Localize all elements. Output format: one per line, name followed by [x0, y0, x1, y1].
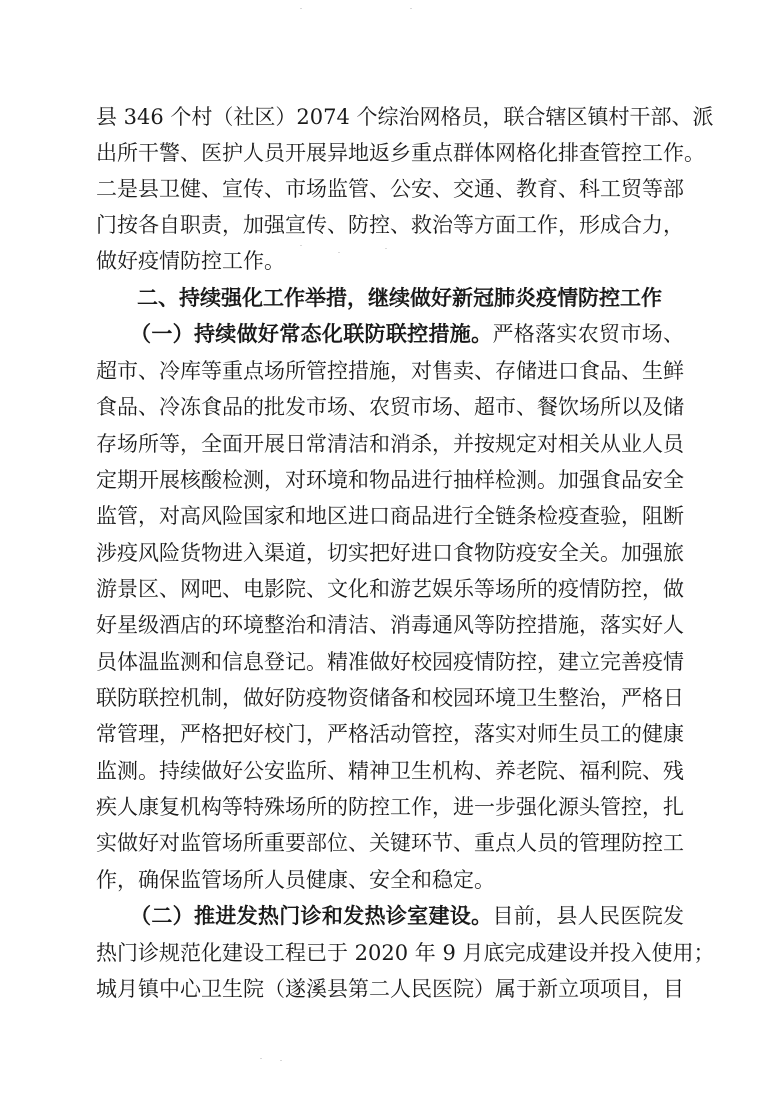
- body-line: 定期开展核酸检测，对环境和物品进行抽样检测。加强食品安全: [96, 465, 684, 495]
- body-line: 县 346 个村（社区）2074 个综治网格员，联合辖区镇村干部、派: [96, 102, 684, 132]
- subsection-first-line: （二）推进发热门诊和发热诊室建设。目前，县人民医院发: [130, 901, 684, 931]
- scan-noise: [300, 245, 302, 246]
- body-line: 实做好对监管场所重要部位、关键环节、重点人员的管理防控工: [96, 828, 684, 858]
- scan-noise: [280, 1060, 282, 1061]
- body-line: 员体温监测和信息登记。精准做好校园疫情防控，建立完善疫情: [96, 647, 684, 677]
- body-line: 联防联控机制，做好防疫物资储备和校园环境卫生整治，严格日: [96, 683, 684, 713]
- body-line: 监测。持续做好公安监所、精神卫生机构、养老院、福利院、残: [96, 756, 684, 786]
- document-page: 县 346 个村（社区）2074 个综治网格员，联合辖区镇村干部、派 出所干警、…: [0, 0, 780, 1103]
- body-line: 食品、冷冻食品的批发市场、农贸市场、超市、餐饮场所以及储: [96, 392, 684, 422]
- body-line: 涉疫风险货物进入渠道，切实把好进口食物防疫安全关。加强旅: [96, 538, 684, 568]
- body-line: 作，确保监管场所人员健康、安全和稳定。: [96, 865, 684, 895]
- scan-noise: [338, 252, 340, 253]
- subsection-text: 严格落实农贸市场、: [492, 322, 684, 346]
- scan-noise: [260, 1058, 262, 1059]
- body-line: 出所干警、医护人员开展异地返乡重点群体网格化排查管控工作。: [96, 138, 684, 168]
- section-heading: 二、持续强化工作举措，继续做好新冠肺炎疫情防控工作: [137, 283, 657, 313]
- body-line: 好星级酒店的环境整治和清洁、消毒通风等防控措施，落实好人: [96, 610, 684, 640]
- subsection-title: （二）推进发热门诊和发热诊室建设。: [130, 904, 492, 928]
- body-line: 疾人康复机构等特殊场所的防控工作，进一步强化源头管控，扎: [96, 792, 684, 822]
- body-line: 热门诊规范化建设工程已于 2020 年 9 月底完成建设并投入使用；: [96, 938, 684, 968]
- body-line: 存场所等，全面开展日常清洁和消杀，并按规定对相关从业人员: [96, 429, 684, 459]
- body-line: 做好疫情防控工作。: [96, 246, 684, 276]
- body-line: 超市、冷库等重点场所管控措施，对售卖、存储进口食品、生鲜: [96, 356, 684, 386]
- subsection-text: 目前，县人民医院发: [492, 904, 684, 928]
- body-line: 游景区、网吧、电影院、文化和游艺娱乐等场所的疫情防控，做: [96, 574, 684, 604]
- scan-noise: [385, 248, 387, 249]
- body-line: 监管，对高风险国家和地区进口商品进行全链条检疫查验，阻断: [96, 501, 684, 531]
- body-line: 二是县卫健、宣传、市场监管、公安、交通、教育、科工贸等部: [96, 174, 684, 204]
- body-line: 城月镇中心卫生院（遂溪县第二人民医院）属于新立项项目，目: [96, 974, 684, 1004]
- body-line: 常管理，严格把好校门，严格活动管控，落实对师生员工的健康: [96, 719, 684, 749]
- subsection-first-line: （一）持续做好常态化联防联控措施。严格落实农贸市场、: [130, 319, 684, 349]
- scan-noise: [410, 8, 412, 9]
- scan-noise: [300, 8, 302, 9]
- body-line: 门按各自职责，加强宣传、防控、救治等方面工作，形成合力，: [96, 210, 684, 240]
- subsection-title: （一）持续做好常态化联防联控措施。: [130, 322, 492, 346]
